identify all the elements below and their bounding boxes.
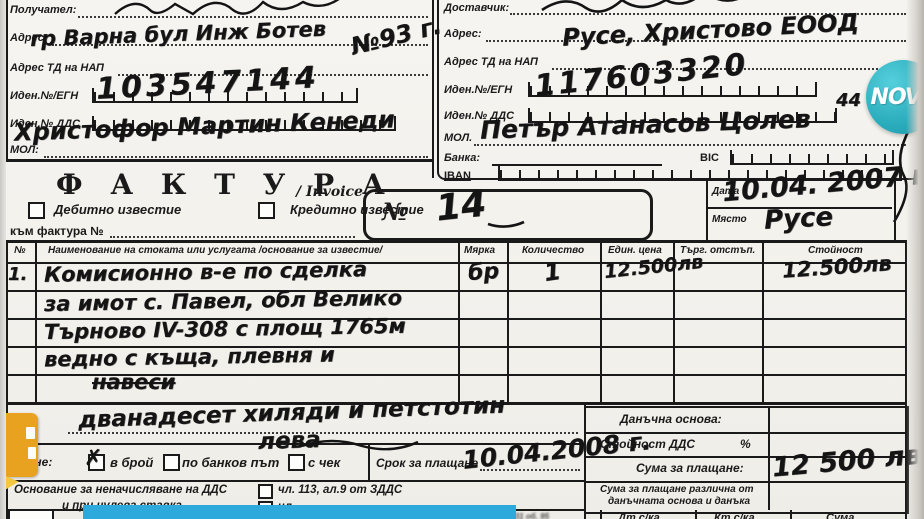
col-header-description: Наименование на стоката или услугата /ос… (48, 245, 382, 256)
divider (458, 240, 460, 404)
divider (762, 240, 764, 404)
item-desc-line3: Търново IV-308 с площ 1765м (44, 314, 406, 344)
supplier-bic-label: BIC (700, 152, 719, 164)
divider (6, 480, 586, 482)
sum-label: Сума (826, 512, 854, 519)
item-desc-line2: за имот с. Павел, обл Велико (44, 286, 402, 316)
item-amount-handwriting: 12.500лв (781, 251, 892, 283)
recipient-mol-handwriting: Христофор Мартин Кенеди (14, 105, 396, 146)
debit-account-label: Дт с/ка (618, 512, 660, 519)
vat-exempt-label1: Основание за неначисляване на ДДС (14, 484, 227, 496)
field-line (44, 156, 428, 158)
pay-cash-label: в брой (110, 455, 153, 470)
divider (695, 510, 697, 519)
item-unit-handwriting: бр (467, 259, 500, 286)
field-line (110, 236, 355, 238)
divider (584, 432, 905, 434)
debit-note-label: Дебитно известие (54, 202, 181, 217)
field-line (68, 432, 578, 434)
diff-amount-label2: данъчната основа и данъка (608, 496, 750, 507)
col-header-unit-price: Един. цена (608, 245, 662, 256)
pay-bank-checkbox (163, 454, 180, 471)
divider (6, 240, 907, 243)
tag-glyph-fragment (26, 427, 35, 439)
col-header-unit: Мярка (464, 245, 495, 256)
diff-amount-label1: Сума за плащане различна от (600, 484, 753, 495)
tv-frame-invoice-scan: Получател: Адрес: Адрес ТД на НАП Иден.№… (0, 0, 924, 519)
handwriting-scribble (486, 218, 526, 230)
vat-exempt-art113-label: чл. 113, ал.9 от ЗДДС (278, 484, 402, 496)
divider (6, 159, 434, 162)
tv-lower-third-bar (83, 505, 516, 519)
recipient-id-label: Иден.№/ЕГН (10, 90, 78, 102)
item-no-handwriting: 1. (8, 264, 27, 285)
item-desc-line5: навеси (92, 370, 175, 394)
supplier-id-label: Иден.№/ЕГН (444, 84, 512, 96)
paper-left-edge (0, 0, 6, 519)
pay-cheque-checkbox (288, 454, 305, 471)
col-header-no: № (14, 245, 25, 256)
pay-cash-checkmark: ✗ (84, 446, 102, 471)
item-desc-line1: Комисионно в-е по сделка (44, 257, 367, 287)
tag-glyph-fragment (28, 447, 36, 459)
recipient-address-handwriting: гр Варна бул Инж Ботев (30, 17, 327, 51)
handwriting-scribble (110, 0, 370, 22)
credit-account-label: Кт с/ка (714, 512, 755, 519)
divider (584, 481, 905, 483)
supplier-iban-label: IBAN (444, 170, 471, 182)
pay-bank-label: по банков път (182, 455, 279, 470)
supplier-nap-label: Адрес ТД на НАП (444, 56, 538, 68)
amount-due-label: Сума за плащане: (636, 461, 744, 475)
item-desc-line4: ведно с къща, плевня и (44, 342, 335, 371)
vat-percent-label: % (740, 437, 751, 451)
divider (600, 510, 602, 519)
divider (768, 406, 770, 510)
field-line (474, 144, 906, 146)
place-handwriting: Русе (763, 202, 834, 236)
divider (507, 240, 509, 404)
bic-comb-field (730, 150, 894, 165)
supplier-mol-label: МОЛ. (444, 132, 472, 144)
tax-base-label: Данъчна основа: (620, 412, 722, 426)
col-header-quantity: Количество (522, 245, 584, 256)
divider (790, 510, 792, 519)
divider (600, 240, 602, 404)
vat-amount-label: Стойност ДДС (600, 437, 695, 451)
handwriting-scribble (300, 436, 420, 452)
recipient-nap-label: Адрес ТД на НАП (10, 62, 104, 74)
invoice-number-handwriting: 14 (434, 183, 488, 229)
paper-right-edge (906, 0, 924, 519)
pay-cheque-label: с чек (308, 455, 340, 470)
divider (6, 0, 8, 162)
recipient-label: Получател: (10, 4, 76, 16)
clipped-cell (8, 509, 54, 519)
place-label: Място (712, 214, 747, 225)
invoice-number-label: № (382, 197, 408, 226)
divider (35, 240, 37, 404)
credit-note-checkbox (258, 202, 275, 219)
supplier-address2-handwriting: 44 (836, 90, 861, 111)
supplier-address-label: Адрес: (444, 28, 482, 40)
invoice-subtitle: / Invoice (296, 184, 363, 200)
vat-exempt-art113-checkbox (258, 484, 273, 499)
supplier-bank-label: Банка: (444, 152, 480, 164)
supplier-label: Доставчик: (444, 2, 509, 14)
debit-note-checkbox (28, 202, 45, 219)
to-invoice-label: към фактура № (10, 224, 104, 238)
